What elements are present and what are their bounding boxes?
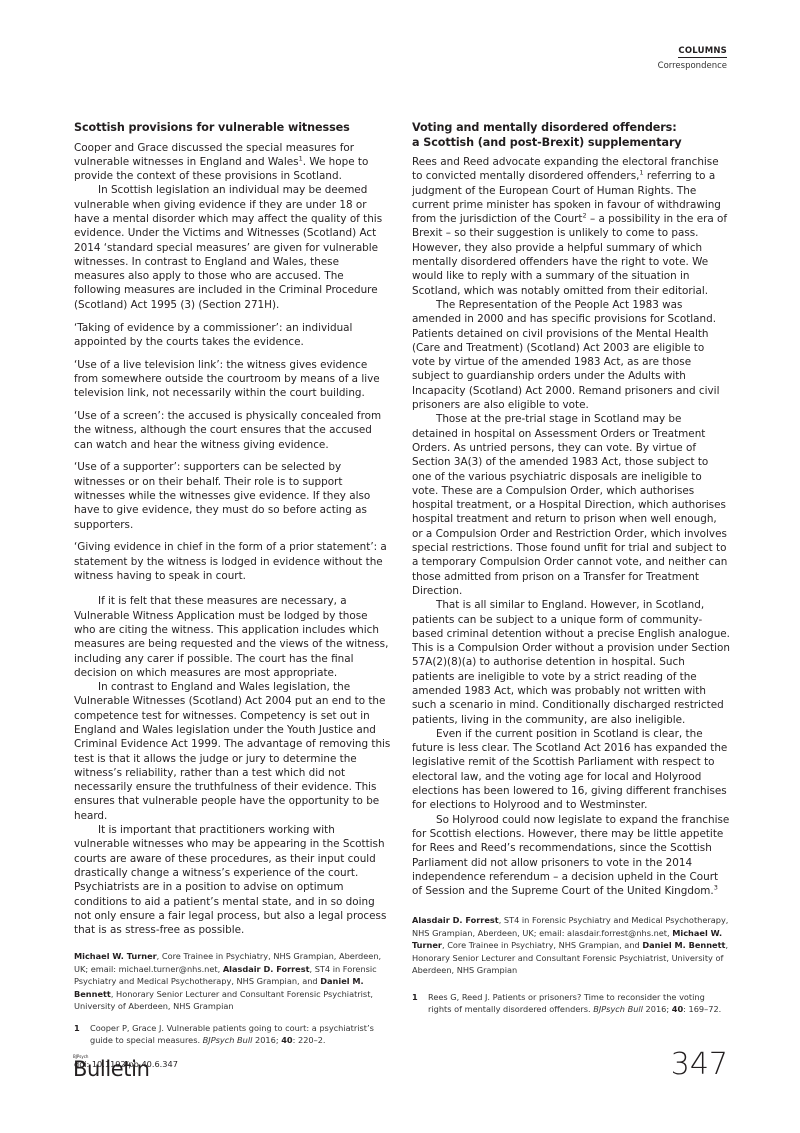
author-affiliations: Alasdair D. Forrest, ST4 in Forensic Psy… <box>412 914 730 977</box>
author-affiliations: Michael W. Turner, Core Trainee in Psych… <box>74 950 392 1013</box>
left-article: Scottish provisions for vulnerable witne… <box>74 121 392 1071</box>
paragraph: So Holyrood could now legislate to expan… <box>412 813 730 899</box>
author-name: Alasdair D. Forrest <box>412 915 499 925</box>
paragraph: Rees and Reed advocate expanding the ele… <box>412 155 730 298</box>
citation-superscript[interactable]: 3 <box>714 884 718 892</box>
author-name: Daniel M. Bennett <box>642 940 725 950</box>
paragraph: If it is felt that these measures are ne… <box>74 594 392 680</box>
paragraph: In Scottish legislation an individual ma… <box>74 183 392 312</box>
measure-item: ‘Use of a live television link’: the wit… <box>74 358 392 401</box>
paragraph: It is important that practitioners worki… <box>74 823 392 937</box>
article-title: Voting and mentally disordered offenders… <box>412 121 730 150</box>
bjpsych-bulletin-logo: BJPsych Bulletin <box>73 1055 149 1080</box>
subsection-label: Correspondence <box>658 61 727 71</box>
reference-number: 1 <box>74 1022 90 1047</box>
measure-item: ‘Use of a screen’: the accused is physic… <box>74 409 392 452</box>
paragraph: That is all similar to England. However,… <box>412 598 730 727</box>
paragraph: In contrast to England and Wales legisla… <box>74 680 392 823</box>
article-title: Scottish provisions for vulnerable witne… <box>74 121 392 136</box>
section-label: COLUMNS <box>678 46 727 58</box>
measure-item: ‘Use of a supporter’: supporters can be … <box>74 460 392 531</box>
paragraph: Those at the pre-trial stage in Scotland… <box>412 412 730 598</box>
measure-item: ‘Taking of evidence by a commissioner’: … <box>74 321 392 350</box>
reference-number: 1 <box>412 991 428 1016</box>
paragraph: Cooper and Grace discussed the special m… <box>74 141 392 184</box>
running-header: COLUMNS Correspondence <box>658 38 727 71</box>
page-number: 347 <box>671 1050 728 1080</box>
reference-item: 1 Rees G, Reed J. Patients or prisoners?… <box>412 991 730 1016</box>
right-article: Voting and mentally disordered offenders… <box>412 121 730 1016</box>
author-name: Michael W. Turner <box>74 951 157 961</box>
author-name: Alasdair D. Forrest <box>223 964 310 974</box>
reference-item: 1 Cooper P, Grace J. Vulnerable patients… <box>74 1022 392 1047</box>
measure-item: ‘Giving evidence in chief in the form of… <box>74 540 392 583</box>
paragraph: The Representation of the People Act 198… <box>412 298 730 412</box>
paragraph: Even if the current position in Scotland… <box>412 727 730 813</box>
